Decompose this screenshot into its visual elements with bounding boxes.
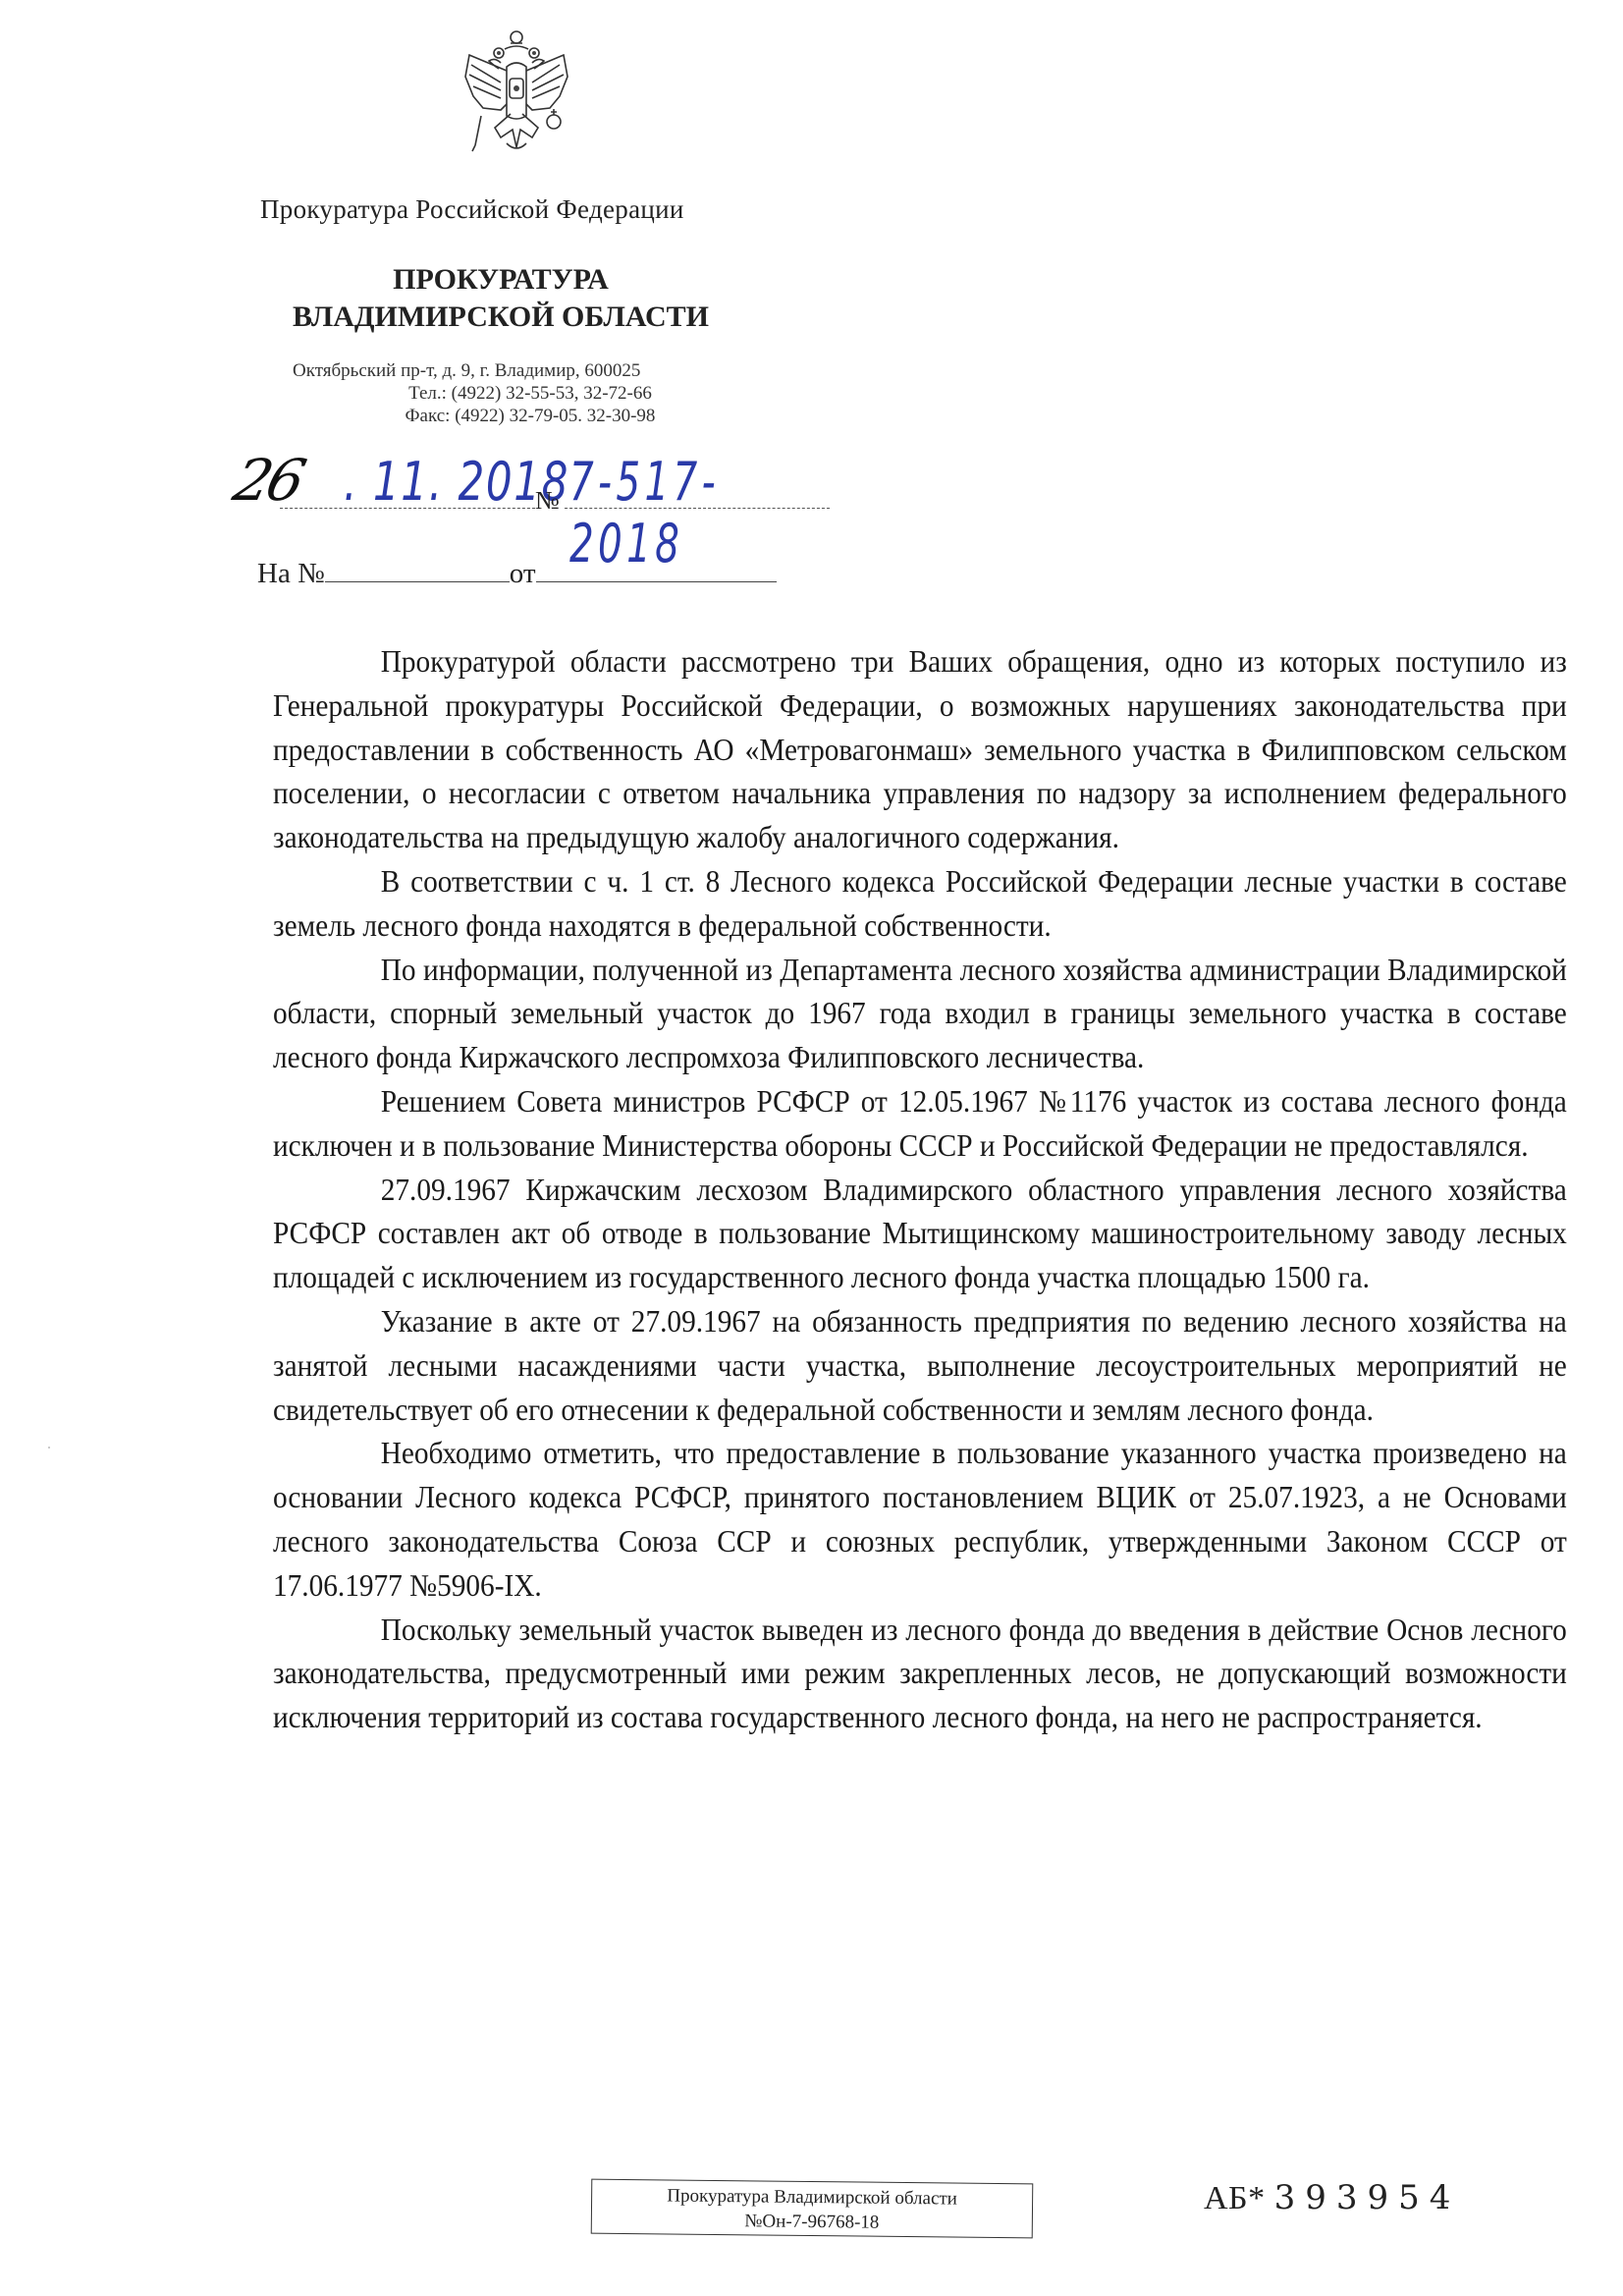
reference-number-blank bbox=[325, 577, 510, 582]
letter-body: Прокуратурой области рассмотрено три Ваш… bbox=[273, 640, 1567, 1740]
coat-of-arms-emblem-icon bbox=[461, 27, 571, 165]
organization-name: ПРОКУРАТУРА ВЛАДИМИРСКОЙ ОБЛАСТИ bbox=[236, 261, 766, 336]
paragraph: Прокуратурой области рассмотрено три Ваш… bbox=[273, 640, 1567, 860]
number-underline bbox=[565, 508, 830, 509]
handwritten-day: 26 bbox=[228, 447, 309, 514]
phone: Тел.: (4922) 32-55-53, 32-72-66 bbox=[285, 382, 776, 405]
number-sign: № bbox=[535, 486, 560, 516]
scan-speck bbox=[48, 1447, 50, 1449]
paragraph: Указание в акте от 27.09.1967 на обязанн… bbox=[273, 1300, 1567, 1432]
stamp-line-2: №Он-7-96768-18 bbox=[592, 2208, 1032, 2237]
paragraph: Необходимо отметить, что предоставление … bbox=[273, 1432, 1567, 1608]
paragraph: По информации, полученной из Департамент… bbox=[273, 949, 1567, 1080]
org-name-line-1: ПРОКУРАТУРА bbox=[236, 261, 766, 299]
handwritten-outgoing-number: 7-517-2018 bbox=[569, 451, 768, 574]
serial-digits: 393954 bbox=[1274, 2178, 1461, 2217]
paragraph: 27.09.1967 Киржачским лесхозом Владимирс… bbox=[273, 1169, 1567, 1300]
serial-prefix: АБ* bbox=[1204, 2180, 1266, 2216]
reference-from-label: от bbox=[510, 558, 536, 589]
form-serial-number: АБ* 393954 bbox=[1204, 2178, 1460, 2217]
contact-block: Октябрьский пр-т, д. 9, г. Владимир, 600… bbox=[285, 359, 776, 427]
date-underline bbox=[280, 508, 535, 509]
parent-organization-name: Прокуратура Российской Федерации bbox=[260, 194, 684, 225]
paragraph: Решением Совета министров РСФСР от 12.05… bbox=[273, 1080, 1567, 1169]
outgoing-registration: 26 . 11. 2018 № 7-517-2018 bbox=[236, 447, 844, 520]
org-name-line-2: ВЛАДИМИРСКОЙ ОБЛАСТИ bbox=[236, 299, 766, 336]
paragraph: Поскольку земельный участок выведен из л… bbox=[273, 1609, 1567, 1740]
address: Октябрьский пр-т, д. 9, г. Владимир, 600… bbox=[285, 359, 776, 382]
incoming-registration-stamp: Прокуратура Владимирской области №Он-7-9… bbox=[591, 2179, 1034, 2239]
paragraph: В соответствии с ч. 1 ст. 8 Лесного коде… bbox=[273, 860, 1567, 949]
reference-line: На №от bbox=[257, 558, 777, 590]
reference-number-label: На № bbox=[257, 558, 325, 589]
reference-date-blank bbox=[536, 577, 777, 582]
fax: Факс: (4922) 32-79-05. 32-30-98 bbox=[285, 405, 776, 427]
